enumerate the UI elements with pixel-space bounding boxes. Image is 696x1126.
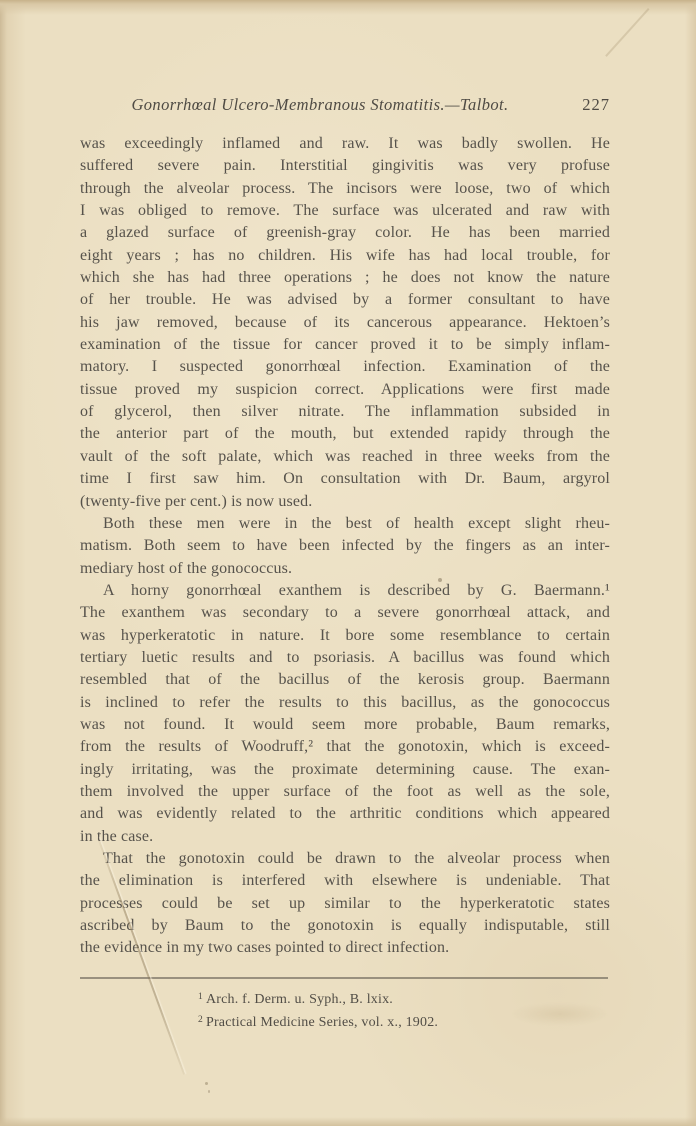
footnote-marker: 2 xyxy=(198,1015,203,1025)
page-number: 227 xyxy=(582,95,610,115)
footnote-text: Practical Medicine Series, vol. x., 1902… xyxy=(206,1015,438,1030)
scan-speck xyxy=(205,1082,208,1085)
text-line: vault of the soft palate, which was reac… xyxy=(80,446,610,468)
text-line: resembled that of the bacillus of the ke… xyxy=(80,669,610,691)
text-line: tissue proved my suspicion correct. Appl… xyxy=(80,379,610,401)
page-crease-top-right xyxy=(605,8,649,57)
text-line: mediary host of the gonococcus. xyxy=(80,558,610,580)
text-line: matism. Both seem to have been infected … xyxy=(80,535,610,557)
text-line: his jaw removed, because of its cancerou… xyxy=(80,312,610,334)
text-line: the evidence in my two cases pointed to … xyxy=(80,937,610,959)
paragraph: A horny gonorrhœal exanthem is described… xyxy=(80,580,610,848)
paragraph: That the gonotoxin could be drawn to the… xyxy=(80,848,610,960)
scan-speck xyxy=(438,578,442,582)
text-line: through the alveolar process. The inciso… xyxy=(80,178,610,200)
text-line: and was evidently related to the arthrit… xyxy=(80,803,610,825)
text-line: processes could be set up similar to the… xyxy=(80,893,610,915)
text-line: of her trouble. He was advised by a form… xyxy=(80,289,610,311)
text-line: which she has had three operations ; he … xyxy=(80,267,610,289)
footnote-divider-rule xyxy=(80,977,608,979)
text-line: ascribed by Baum to the gonotoxin is equ… xyxy=(80,915,610,937)
text-line: the anterior part of the mouth, but exte… xyxy=(80,423,610,445)
footnote-text: Arch. f. Derm. u. Syph., B. lxix. xyxy=(206,992,393,1007)
text-line: was not found. It would seem more probab… xyxy=(80,714,610,736)
text-line: tertiary luetic results and to psoriasis… xyxy=(80,647,610,669)
body-text: was exceedingly inflamed and raw. It was… xyxy=(80,133,610,960)
text-line: was hyperkeratotic in nature. It bore so… xyxy=(80,625,610,647)
footnote-marker: 1 xyxy=(198,992,203,1002)
scanned-book-page: Gonorrhœal Ulcero-Membranous Stomatitis.… xyxy=(0,0,696,1126)
text-line: was exceedingly inflamed and raw. It was… xyxy=(80,133,610,155)
text-line: The exanthem was secondary to a severe g… xyxy=(80,602,610,624)
text-line: of glycerol, then silver nitrate. The in… xyxy=(80,401,610,423)
text-line: from the results of Woodruff,² that the … xyxy=(80,736,610,758)
paragraph: was exceedingly inflamed and raw. It was… xyxy=(80,133,610,513)
text-line: the elimination is interfered with elsew… xyxy=(80,870,610,892)
text-line: ingly irritating, was the proximate dete… xyxy=(80,759,610,781)
text-line: That the gonotoxin could be drawn to the… xyxy=(80,848,610,870)
text-line: A horny gonorrhœal exanthem is described… xyxy=(80,580,610,602)
text-line: them involved the upper surface of the f… xyxy=(80,781,610,803)
text-line: eight years ; has no children. His wife … xyxy=(80,245,610,267)
text-line: (twenty-five per cent.) is now used. xyxy=(80,491,610,513)
text-line: is inclined to refer the results to this… xyxy=(80,692,610,714)
text-line: suffered severe pain. Interstitial gingi… xyxy=(80,155,610,177)
text-line: in the case. xyxy=(80,826,610,848)
text-line: examination of the tissue for cancer pro… xyxy=(80,334,610,356)
text-line: I was obliged to remove. The surface was… xyxy=(80,200,610,222)
text-line: matory. I suspected gonorrhœal infection… xyxy=(80,356,610,378)
text-line: a glazed surface of greenish-gray color.… xyxy=(80,222,610,244)
running-header-title: Gonorrhœal Ulcero-Membranous Stomatitis.… xyxy=(80,95,610,115)
text-line: Both these men were in the best of healt… xyxy=(80,513,610,535)
text-line: time I first saw him. On consultation wi… xyxy=(80,468,610,490)
paragraph: Both these men were in the best of healt… xyxy=(80,513,610,580)
ink-bleedthrough-smudge xyxy=(500,995,620,1033)
scan-speck xyxy=(208,1090,210,1093)
running-header: Gonorrhœal Ulcero-Membranous Stomatitis.… xyxy=(80,95,610,117)
